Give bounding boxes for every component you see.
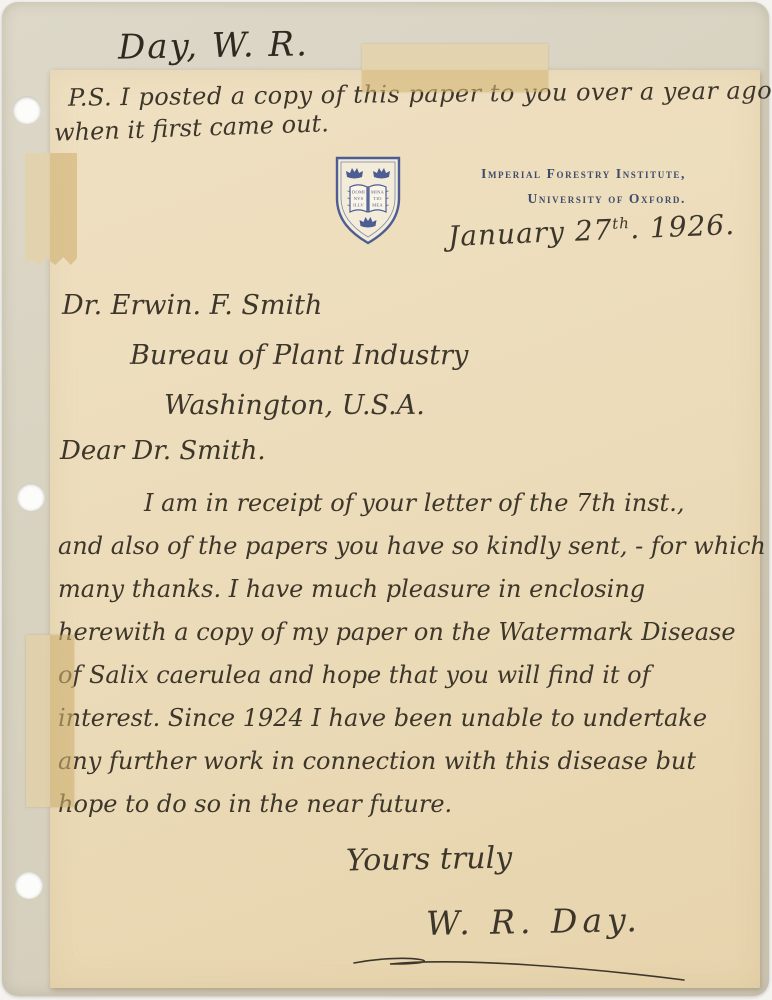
- salutation: Dear Dr. Smith.: [60, 436, 266, 466]
- punch-hole-bottom: [15, 871, 43, 899]
- letterhead-institute: Imperial Forestry Institute,: [481, 166, 686, 182]
- svg-text:ILLV: ILLV: [353, 203, 364, 208]
- svg-text:MINA: MINA: [371, 190, 385, 195]
- recipient-name: Dr. Erwin. F. Smith: [62, 290, 322, 321]
- signature-flourish: [350, 952, 688, 986]
- svg-text:TIO: TIO: [373, 196, 382, 201]
- date-day: January 27: [447, 213, 613, 253]
- svg-text:NVS: NVS: [354, 196, 364, 201]
- body-line: hope to do so in the near future.: [58, 783, 756, 826]
- body-line: and also of the papers you have so kindl…: [58, 525, 756, 568]
- crest-open-book: DOMI NVS ILLV MINA TIO MEA: [348, 185, 389, 212]
- body-line: of Salix caerulea and hope that you will…: [58, 654, 756, 697]
- tape-strip-left-upper: [25, 153, 77, 265]
- body-line: many thanks. I have much pleasure in enc…: [58, 568, 756, 611]
- svg-text:MEA: MEA: [372, 203, 383, 208]
- tape-strip-left-lower: [26, 635, 74, 807]
- punch-hole-top: [13, 96, 41, 124]
- date-year: . 1926.: [629, 208, 735, 245]
- letter-sheet: P.S. I posted a copy of this paper to yo…: [50, 70, 760, 988]
- body-line: I am in receipt of your letter of the 7t…: [58, 482, 756, 525]
- date-line: January 27th. 1926.: [447, 208, 735, 253]
- body-line: herewith a copy of my paper on the Water…: [58, 611, 756, 654]
- body-line: interest. Since 1924 I have been unable …: [58, 697, 756, 740]
- archive-label: Day, W. R.: [118, 24, 310, 67]
- letterhead-block: Imperial Forestry Institute, University …: [481, 166, 686, 207]
- body-line: any further work in connection with this…: [58, 740, 756, 783]
- recipient-bureau: Bureau of Plant Industry: [130, 340, 468, 371]
- svg-text:DOMI: DOMI: [352, 190, 365, 195]
- oxford-crest-icon: DOMI NVS ILLV MINA TIO MEA: [328, 154, 408, 250]
- letter-body: I am in receipt of your letter of the 7t…: [58, 482, 756, 826]
- backing-sheet: Day, W. R. P.S. I posted a copy of this …: [2, 2, 769, 996]
- letterhead-university: University of Oxford.: [481, 191, 686, 207]
- recipient-city: Washington, U.S.A.: [164, 390, 425, 421]
- punch-hole-middle: [17, 483, 45, 511]
- signature: W. R. Day.: [426, 900, 642, 943]
- tape-strip-top: [362, 44, 548, 92]
- postscript-line-2: when it first came out.: [54, 109, 330, 147]
- scanned-page: Day, W. R. P.S. I posted a copy of this …: [0, 0, 772, 1000]
- closing: Yours truly: [346, 841, 513, 879]
- date-ordinal: th: [612, 214, 630, 233]
